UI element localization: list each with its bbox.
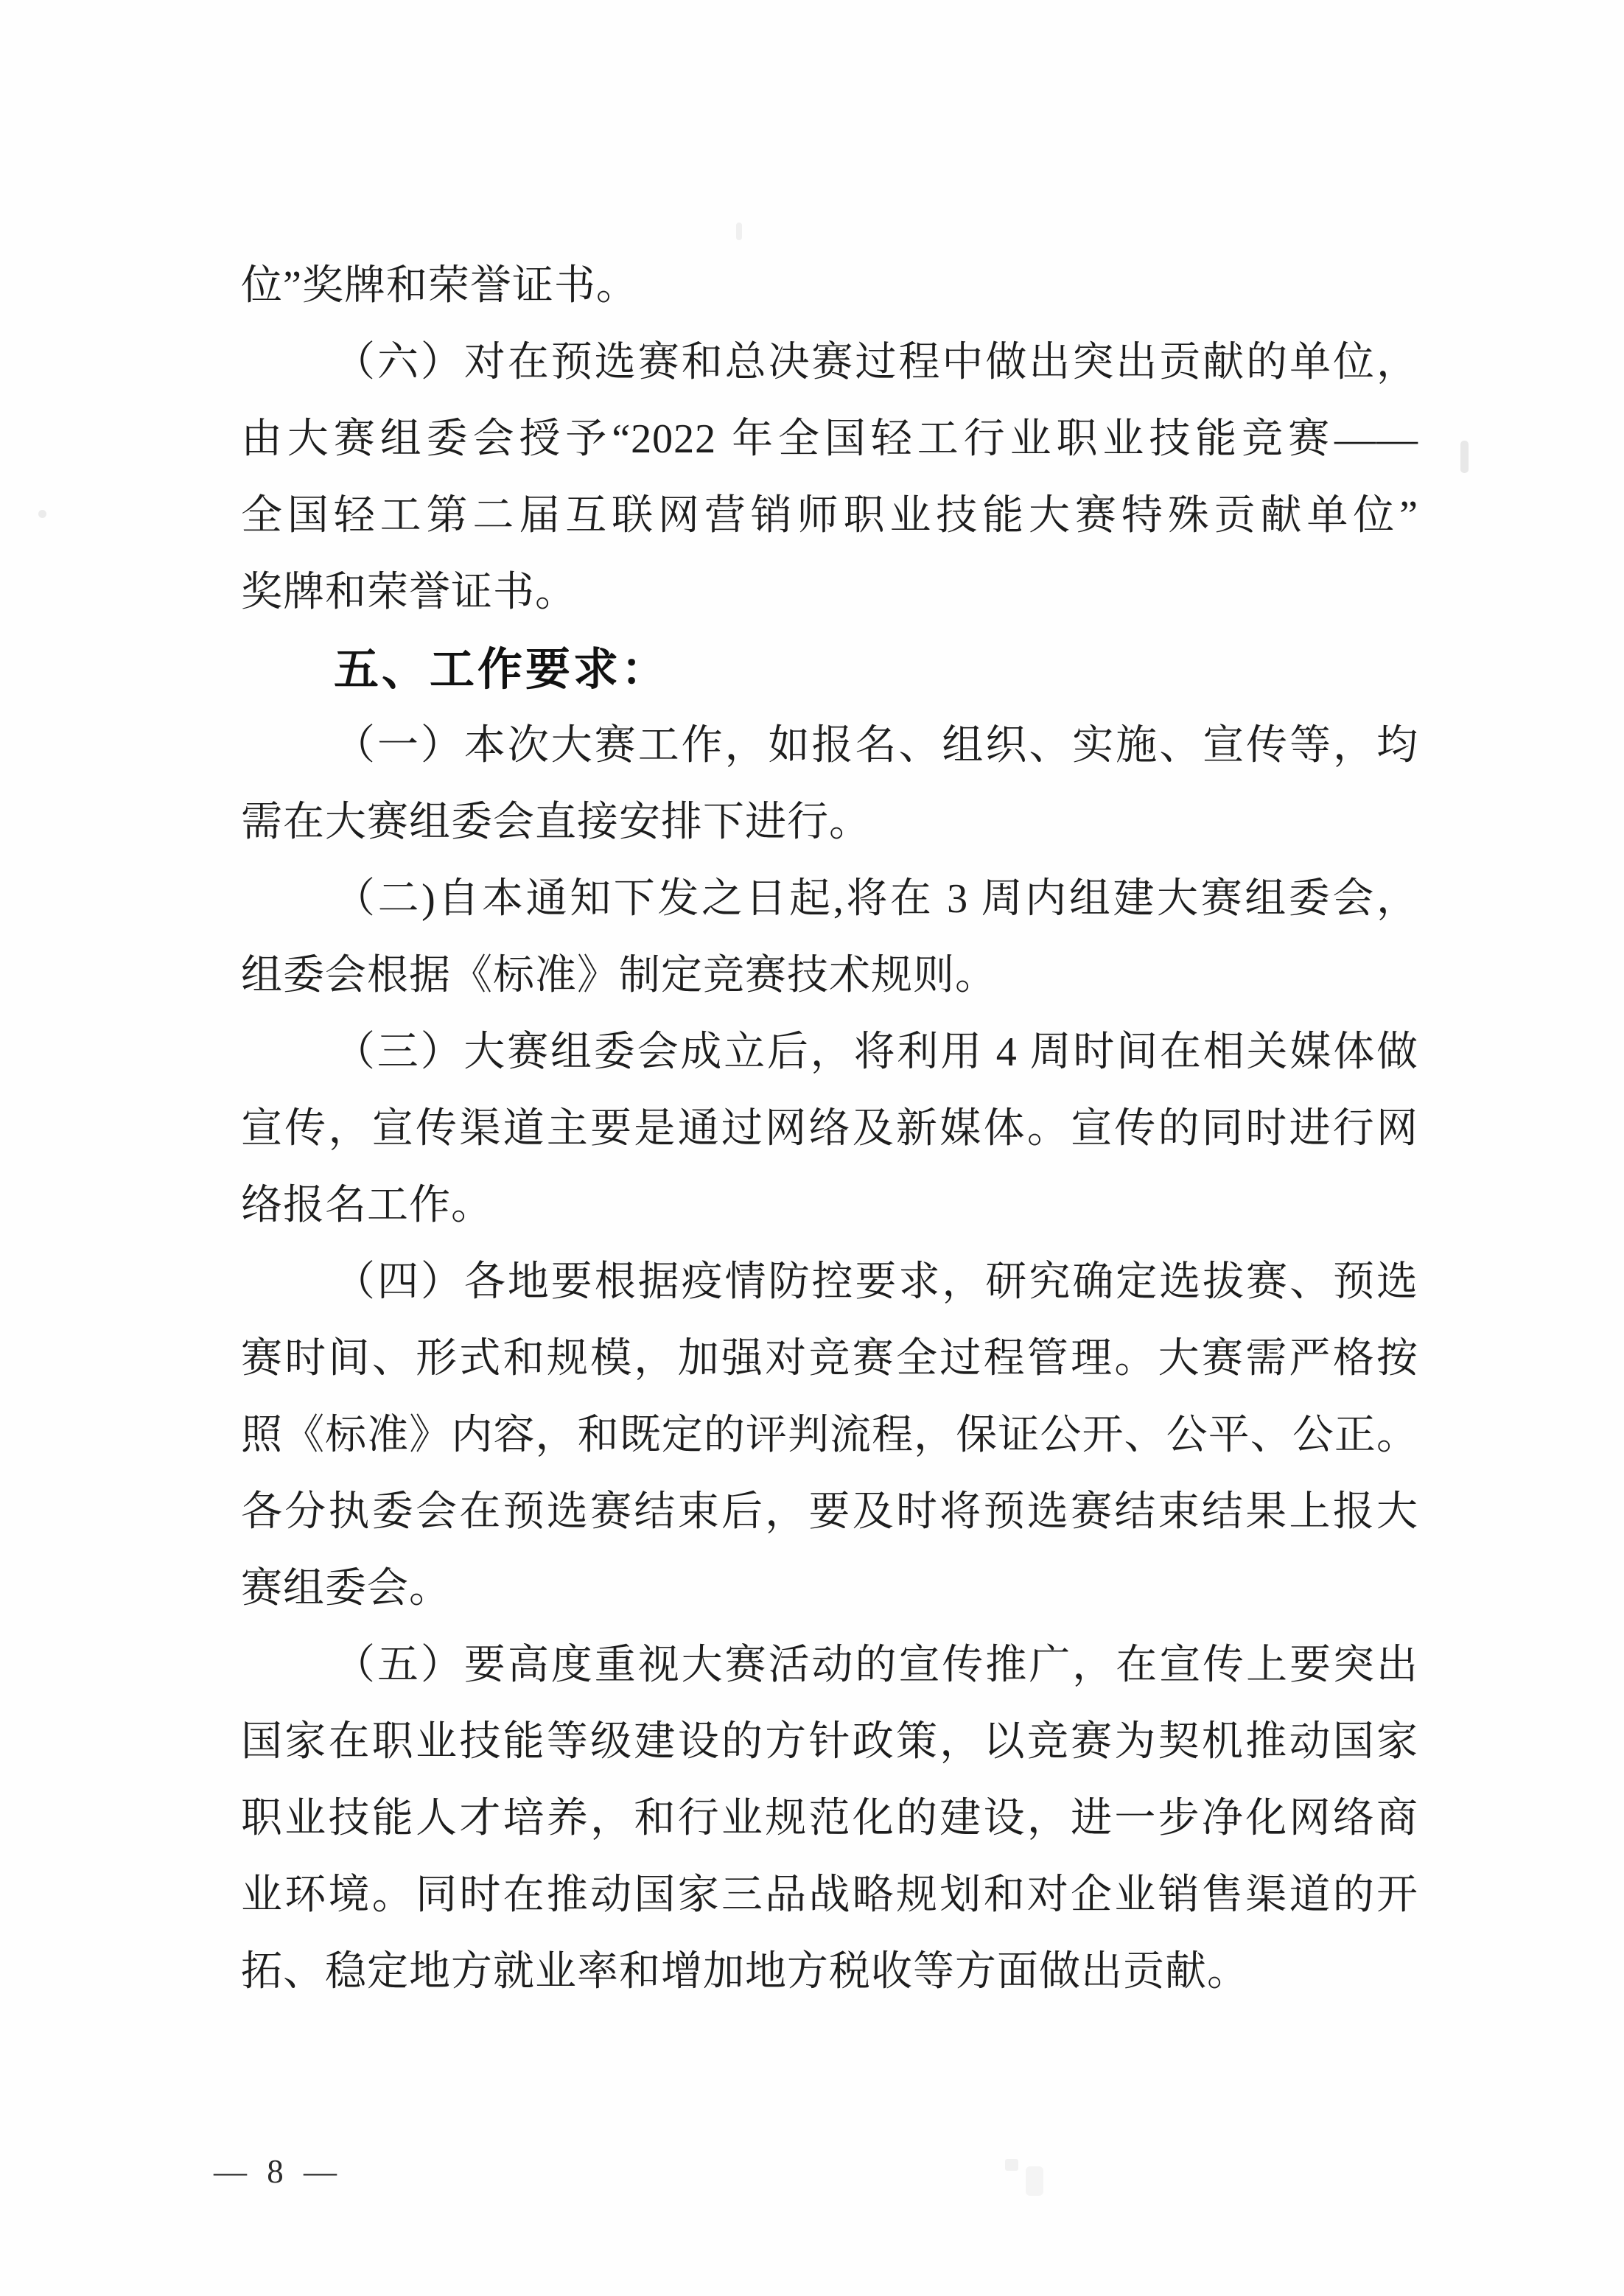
text-line: 全国轻工第二届互联网营销师职业技能大赛特殊贡献单位” <box>241 477 1418 554</box>
text-line: 赛组委会。 <box>241 1550 1418 1627</box>
text-line: 需在大赛组委会直接安排下进行。 <box>241 784 1418 861</box>
text-line: 由大赛组委会授予“2022 年全国轻工行业职业技能竞赛—— <box>241 401 1418 477</box>
scan-artifact <box>1026 2166 1043 2196</box>
scan-artifact <box>1005 2159 1018 2171</box>
text-line: 职业技能人才培养，和行业规范化的建设，进一步净化网络商 <box>241 1780 1418 1857</box>
text-line: （一）本次大赛工作，如报名、组织、实施、宣传等，均 <box>241 707 1418 784</box>
section-heading: 五、工作要求： <box>241 631 1418 707</box>
text-line: （三）大赛组委会成立后，将利用 4 周时间在相关媒体做 <box>241 1014 1418 1091</box>
page-number: — 8 — <box>214 2146 343 2197</box>
text-line: 拓、稳定地方就业率和增加地方税收等方面做出贡献。 <box>241 1933 1418 2010</box>
text-line: 赛时间、形式和规模，加强对竞赛全过程管理。大赛需严格按 <box>241 1320 1418 1397</box>
text-line: 奖牌和荣誉证书。 <box>241 554 1418 631</box>
text-line: 业环境。同时在推动国家三品战略规划和对企业销售渠道的开 <box>241 1857 1418 1933</box>
text-line: 络报名工作。 <box>241 1167 1418 1244</box>
text-line: 照《标准》内容，和既定的评判流程，保证公开、公平、公正。 <box>241 1397 1418 1474</box>
scan-artifact <box>736 223 742 240</box>
text-line: 宣传，宣传渠道主要是通过网络及新媒体。宣传的同时进行网 <box>241 1091 1418 1167</box>
text-line: 组委会根据《标准》制定竞赛技术规则。 <box>241 937 1418 1014</box>
text-line: 各分执委会在预选赛结束后，要及时将预选赛结束结果上报大 <box>241 1474 1418 1550</box>
scan-artifact <box>38 510 46 518</box>
document-text-block: 位”奖牌和荣誉证书。 （六）对在预选赛和总决赛过程中做出突出贡献的单位， 由大赛… <box>241 248 1418 2010</box>
scanned-document-page: 位”奖牌和荣誉证书。 （六）对在预选赛和总决赛过程中做出突出贡献的单位， 由大赛… <box>0 0 1624 2296</box>
text-line: （六）对在预选赛和总决赛过程中做出突出贡献的单位， <box>241 324 1418 401</box>
text-line: （五）要高度重视大赛活动的宣传推广，在宣传上要突出 <box>241 1627 1418 1704</box>
text-line: （二)自本通知下发之日起,将在 3 周内组建大赛组委会， <box>241 861 1418 937</box>
scan-artifact <box>1460 441 1469 473</box>
text-line: 国家在职业技能等级建设的方针政策，以竞赛为契机推动国家 <box>241 1704 1418 1780</box>
text-line: （四）各地要根据疫情防控要求，研究确定选拔赛、预选 <box>241 1244 1418 1320</box>
text-line: 位”奖牌和荣誉证书。 <box>241 248 1418 324</box>
